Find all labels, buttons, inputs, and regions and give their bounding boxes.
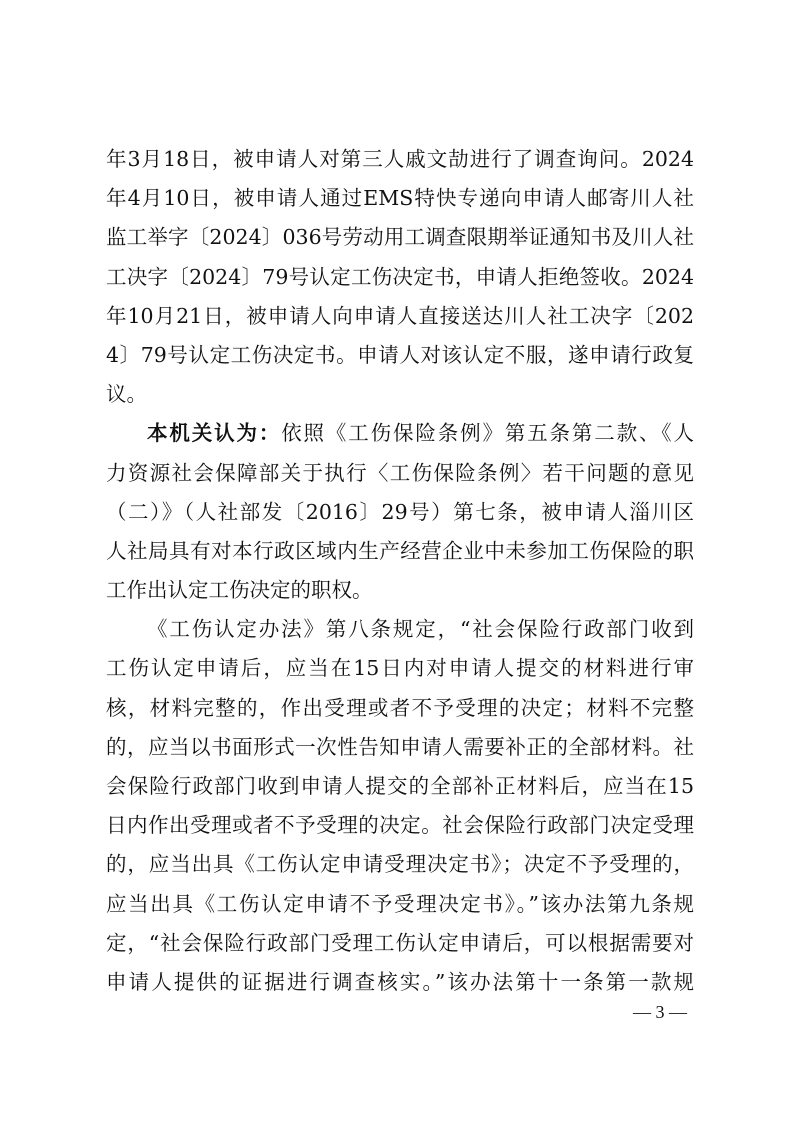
text-line-20: 应当出具《工伤认定申请不予受理决定书》。”该办法第九条规 <box>106 885 694 924</box>
text-line-11: 人社局具有对本行政区域内生产经营企业中未参加工伤保险的职 <box>106 532 694 571</box>
text-line-14: 工伤认定申请后，应当在15日内对申请人提交的材料进行审 <box>106 649 694 688</box>
text-line-6: 4〕79号认定工伤决定书。申请人对该认定不服，遂申请行政复 <box>106 336 694 375</box>
page-number: — 3 — <box>620 1000 700 1024</box>
document-page-body: 年3月18日，被申请人对第三人戚文劼进行了调查询问。2024 年4月10日，被申… <box>106 140 694 1002</box>
text-line-18: 日内作出受理或者不予受理的决定。社会保险行政部门决定受理 <box>106 806 694 845</box>
text-line-9: 力资源社会保障部关于执行〈工伤保险条例〉若干问题的意见 <box>106 454 694 493</box>
text-line-15: 核，材料完整的，作出受理或者不予受理的决定；材料不完整 <box>106 689 694 728</box>
text-line-13: 《工伤认定办法》第八条规定，“社会保险行政部门收到 <box>106 610 694 649</box>
text-line-21: 定，“社会保险行政部门受理工伤认定申请后，可以根据需要对 <box>106 924 694 963</box>
text-line-16: 的，应当以书面形式一次性告知申请人需要补正的全部材料。社 <box>106 728 694 767</box>
text-line-10: （二）》（人社部发〔2016〕29号）第七条，被申请人淄川区 <box>106 493 694 532</box>
section-heading-text: 依照《工伤保险条例》第五条第二款、《人 <box>281 421 694 445</box>
text-line-19: 的，应当出具《工伤认定申请受理决定书》；决定不予受理的， <box>106 845 694 884</box>
text-line-1: 年3月18日，被申请人对第三人戚文劼进行了调查询问。2024 <box>106 140 694 179</box>
text-line-22: 申请人提供的证据进行调查核实。”该办法第十一条第一款规 <box>106 963 694 1002</box>
text-line-8: 本机关认为：依照《工伤保险条例》第五条第二款、《人 <box>106 414 694 453</box>
section-heading-prefix: 本机关认为： <box>147 421 281 445</box>
text-line-5: 年10月21日，被申请人向申请人直接送达川人社工决字〔202 <box>106 297 694 336</box>
text-line-7: 议。 <box>106 375 694 414</box>
text-line-2: 年4月10日，被申请人通过EMS特快专递向申请人邮寄川人社 <box>106 179 694 218</box>
text-line-12: 工作出认定工伤决定的职权。 <box>106 571 694 610</box>
text-line-17: 会保险行政部门收到申请人提交的全部补正材料后，应当在15 <box>106 767 694 806</box>
text-line-3: 监工举字〔2024〕036号劳动用工调查限期举证通知书及川人社 <box>106 218 694 257</box>
text-line-4: 工决字〔2024〕79号认定工伤决定书，申请人拒绝签收。2024 <box>106 258 694 297</box>
